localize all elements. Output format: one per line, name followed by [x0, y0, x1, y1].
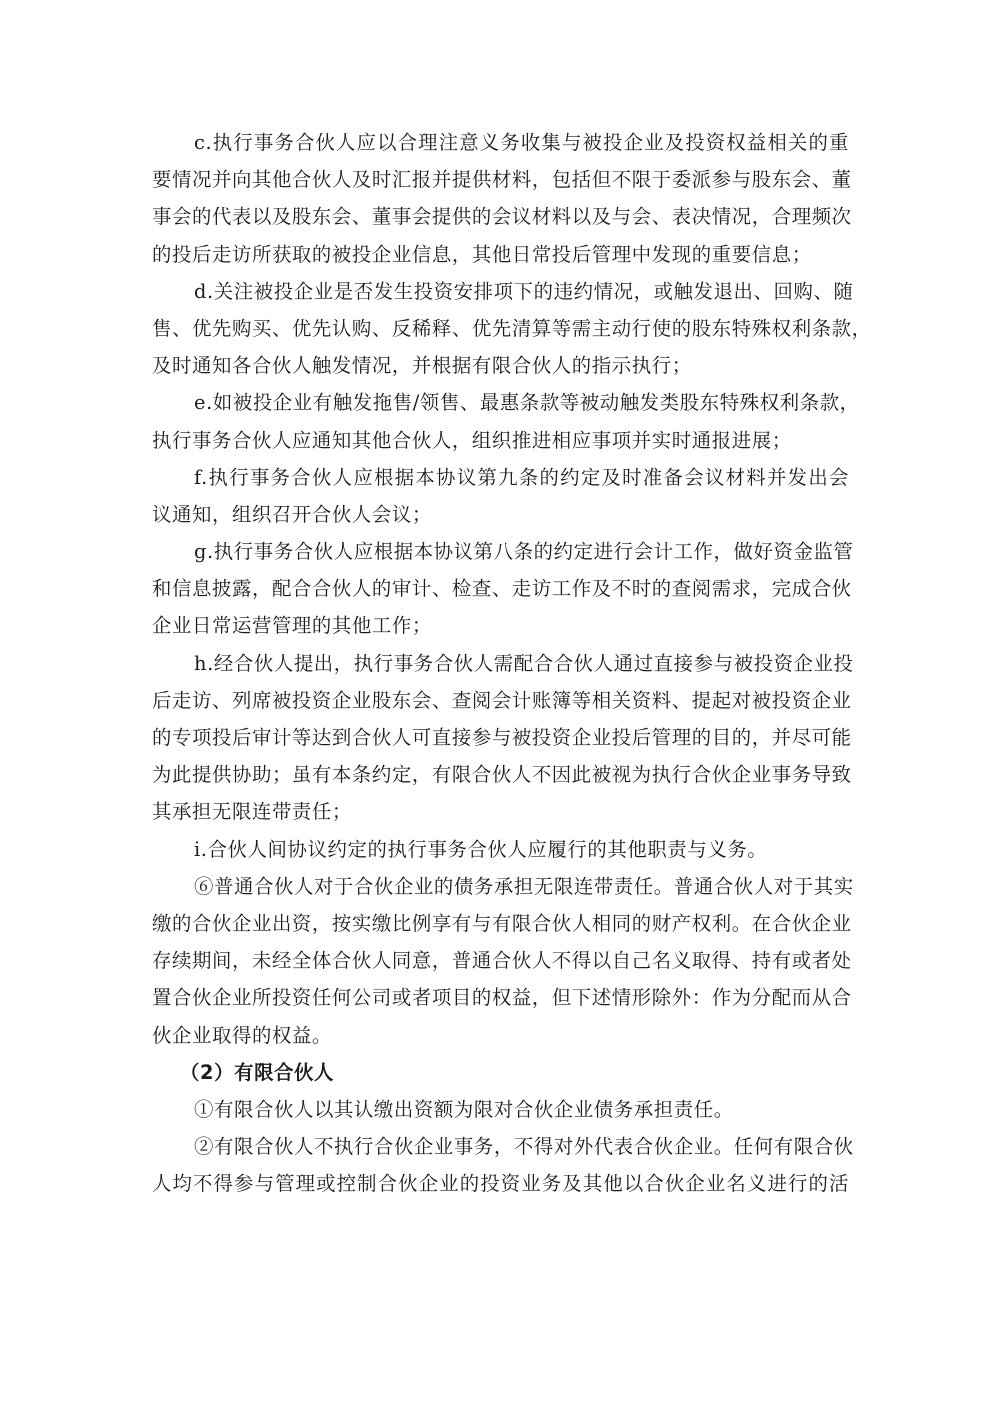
text-line: 缴的合伙企业出资，按实缴比例享有与有限合伙人相同的财产权利。在合伙企业 [152, 905, 849, 942]
section-heading-limited-partner: （2）有限合伙人 [152, 1054, 849, 1091]
text-line: ⑥普通合伙人对于合伙企业的债务承担无限连带责任。普通合伙人对于其实 [152, 868, 849, 905]
paragraph-item-e: e.如被投企业有触发拖售/领售、最惠条款等被动触发类股东特殊权利条款， 执行事务… [152, 384, 849, 458]
text-line: i.合伙人间协议约定的执行事务合伙人应履行的其他职责与义务。 [152, 831, 849, 868]
paragraph-item-i: i.合伙人间协议约定的执行事务合伙人应履行的其他职责与义务。 [152, 831, 849, 868]
paragraph-lp-clause-1: ①有限合伙人以其认缴出资额为限对合伙企业债务承担责任。 [152, 1091, 849, 1128]
paragraph-item-g: g.执行事务合伙人应根据本协议第八条的约定进行会计工作，做好资金监管 和信息披露… [152, 533, 849, 645]
document-page: c.执行事务合伙人应以合理注意义务收集与被投企业及投资权益相关的重 要情况并向其… [152, 124, 849, 1202]
paragraph-item-d: d.关注被投企业是否发生投资安排项下的违约情况，或触发退出、回购、随 售、优先购… [152, 273, 849, 385]
text-line: 置合伙企业所投资任何公司或者项目的权益，但下述情形除外：作为分配而从合 [152, 979, 849, 1016]
text-line: ①有限合伙人以其认缴出资额为限对合伙企业债务承担责任。 [152, 1091, 849, 1128]
paragraph-lp-clause-2: ②有限合伙人不执行合伙企业事务，不得对外代表合伙企业。任何有限合伙 人均不得参与… [152, 1128, 849, 1202]
text-line: 及时通知各合伙人触发情况，并根据有限合伙人的指示执行； [152, 347, 849, 384]
text-line: 存续期间，未经全体合伙人同意，普通合伙人不得以自己名义取得、持有或者处 [152, 942, 849, 979]
text-line: f.执行事务合伙人应根据本协议第九条的约定及时准备会议材料并发出会 [152, 459, 849, 496]
text-line: 伙企业取得的权益。 [152, 1017, 849, 1054]
text-line: ②有限合伙人不执行合伙企业事务，不得对外代表合伙企业。任何有限合伙 [152, 1128, 849, 1165]
text-line: 为此提供协助；虽有本条约定，有限合伙人不因此被视为执行合伙企业事务导致 [152, 756, 849, 793]
text-line: 其承担无限连带责任； [152, 793, 849, 830]
text-line: 执行事务合伙人应通知其他合伙人，组织推进相应事项并实时通报进展； [152, 422, 849, 459]
paragraph-item-h: h.经合伙人提出，执行事务合伙人需配合合伙人通过直接参与被投资企业投 后走访、列… [152, 645, 849, 831]
text-line: g.执行事务合伙人应根据本协议第八条的约定进行会计工作，做好资金监管 [152, 533, 849, 570]
paragraph-item-c: c.执行事务合伙人应以合理注意义务收集与被投企业及投资权益相关的重 要情况并向其… [152, 124, 849, 273]
paragraph-clause-6: ⑥普通合伙人对于合伙企业的债务承担无限连带责任。普通合伙人对于其实 缴的合伙企业… [152, 868, 849, 1054]
text-line: 人均不得参与管理或控制合伙企业的投资业务及其他以合伙企业名义进行的活 [152, 1165, 849, 1202]
paragraph-item-f: f.执行事务合伙人应根据本协议第九条的约定及时准备会议材料并发出会 议通知，组织… [152, 459, 849, 533]
text-line: 售、优先购买、优先认购、反稀释、优先清算等需主动行使的股东特殊权利条款， [152, 310, 849, 347]
text-line: 后走访、列席被投资企业股东会、查阅会计账簿等相关资料、提起对被投资企业 [152, 682, 849, 719]
text-line: c.执行事务合伙人应以合理注意义务收集与被投企业及投资权益相关的重 [152, 124, 849, 161]
text-line: d.关注被投企业是否发生投资安排项下的违约情况，或触发退出、回购、随 [152, 273, 849, 310]
text-line: 和信息披露，配合合伙人的审计、检查、走访工作及不时的查阅需求，完成合伙 [152, 570, 849, 607]
text-line: 企业日常运营管理的其他工作； [152, 607, 849, 644]
text-line: e.如被投企业有触发拖售/领售、最惠条款等被动触发类股东特殊权利条款， [152, 384, 849, 421]
text-line: 的专项投后审计等达到合伙人可直接参与被投资企业投后管理的目的，并尽可能 [152, 719, 849, 756]
text-line: 事会的代表以及股东会、董事会提供的会议材料以及与会、表决情况，合理频次 [152, 198, 849, 235]
text-line: 要情况并向其他合伙人及时汇报并提供材料，包括但不限于委派参与股东会、董 [152, 161, 849, 198]
text-line: 的投后走访所获取的被投企业信息，其他日常投后管理中发现的重要信息； [152, 236, 849, 273]
text-line: 议通知，组织召开合伙人会议； [152, 496, 849, 533]
text-line: h.经合伙人提出，执行事务合伙人需配合合伙人通过直接参与被投资企业投 [152, 645, 849, 682]
